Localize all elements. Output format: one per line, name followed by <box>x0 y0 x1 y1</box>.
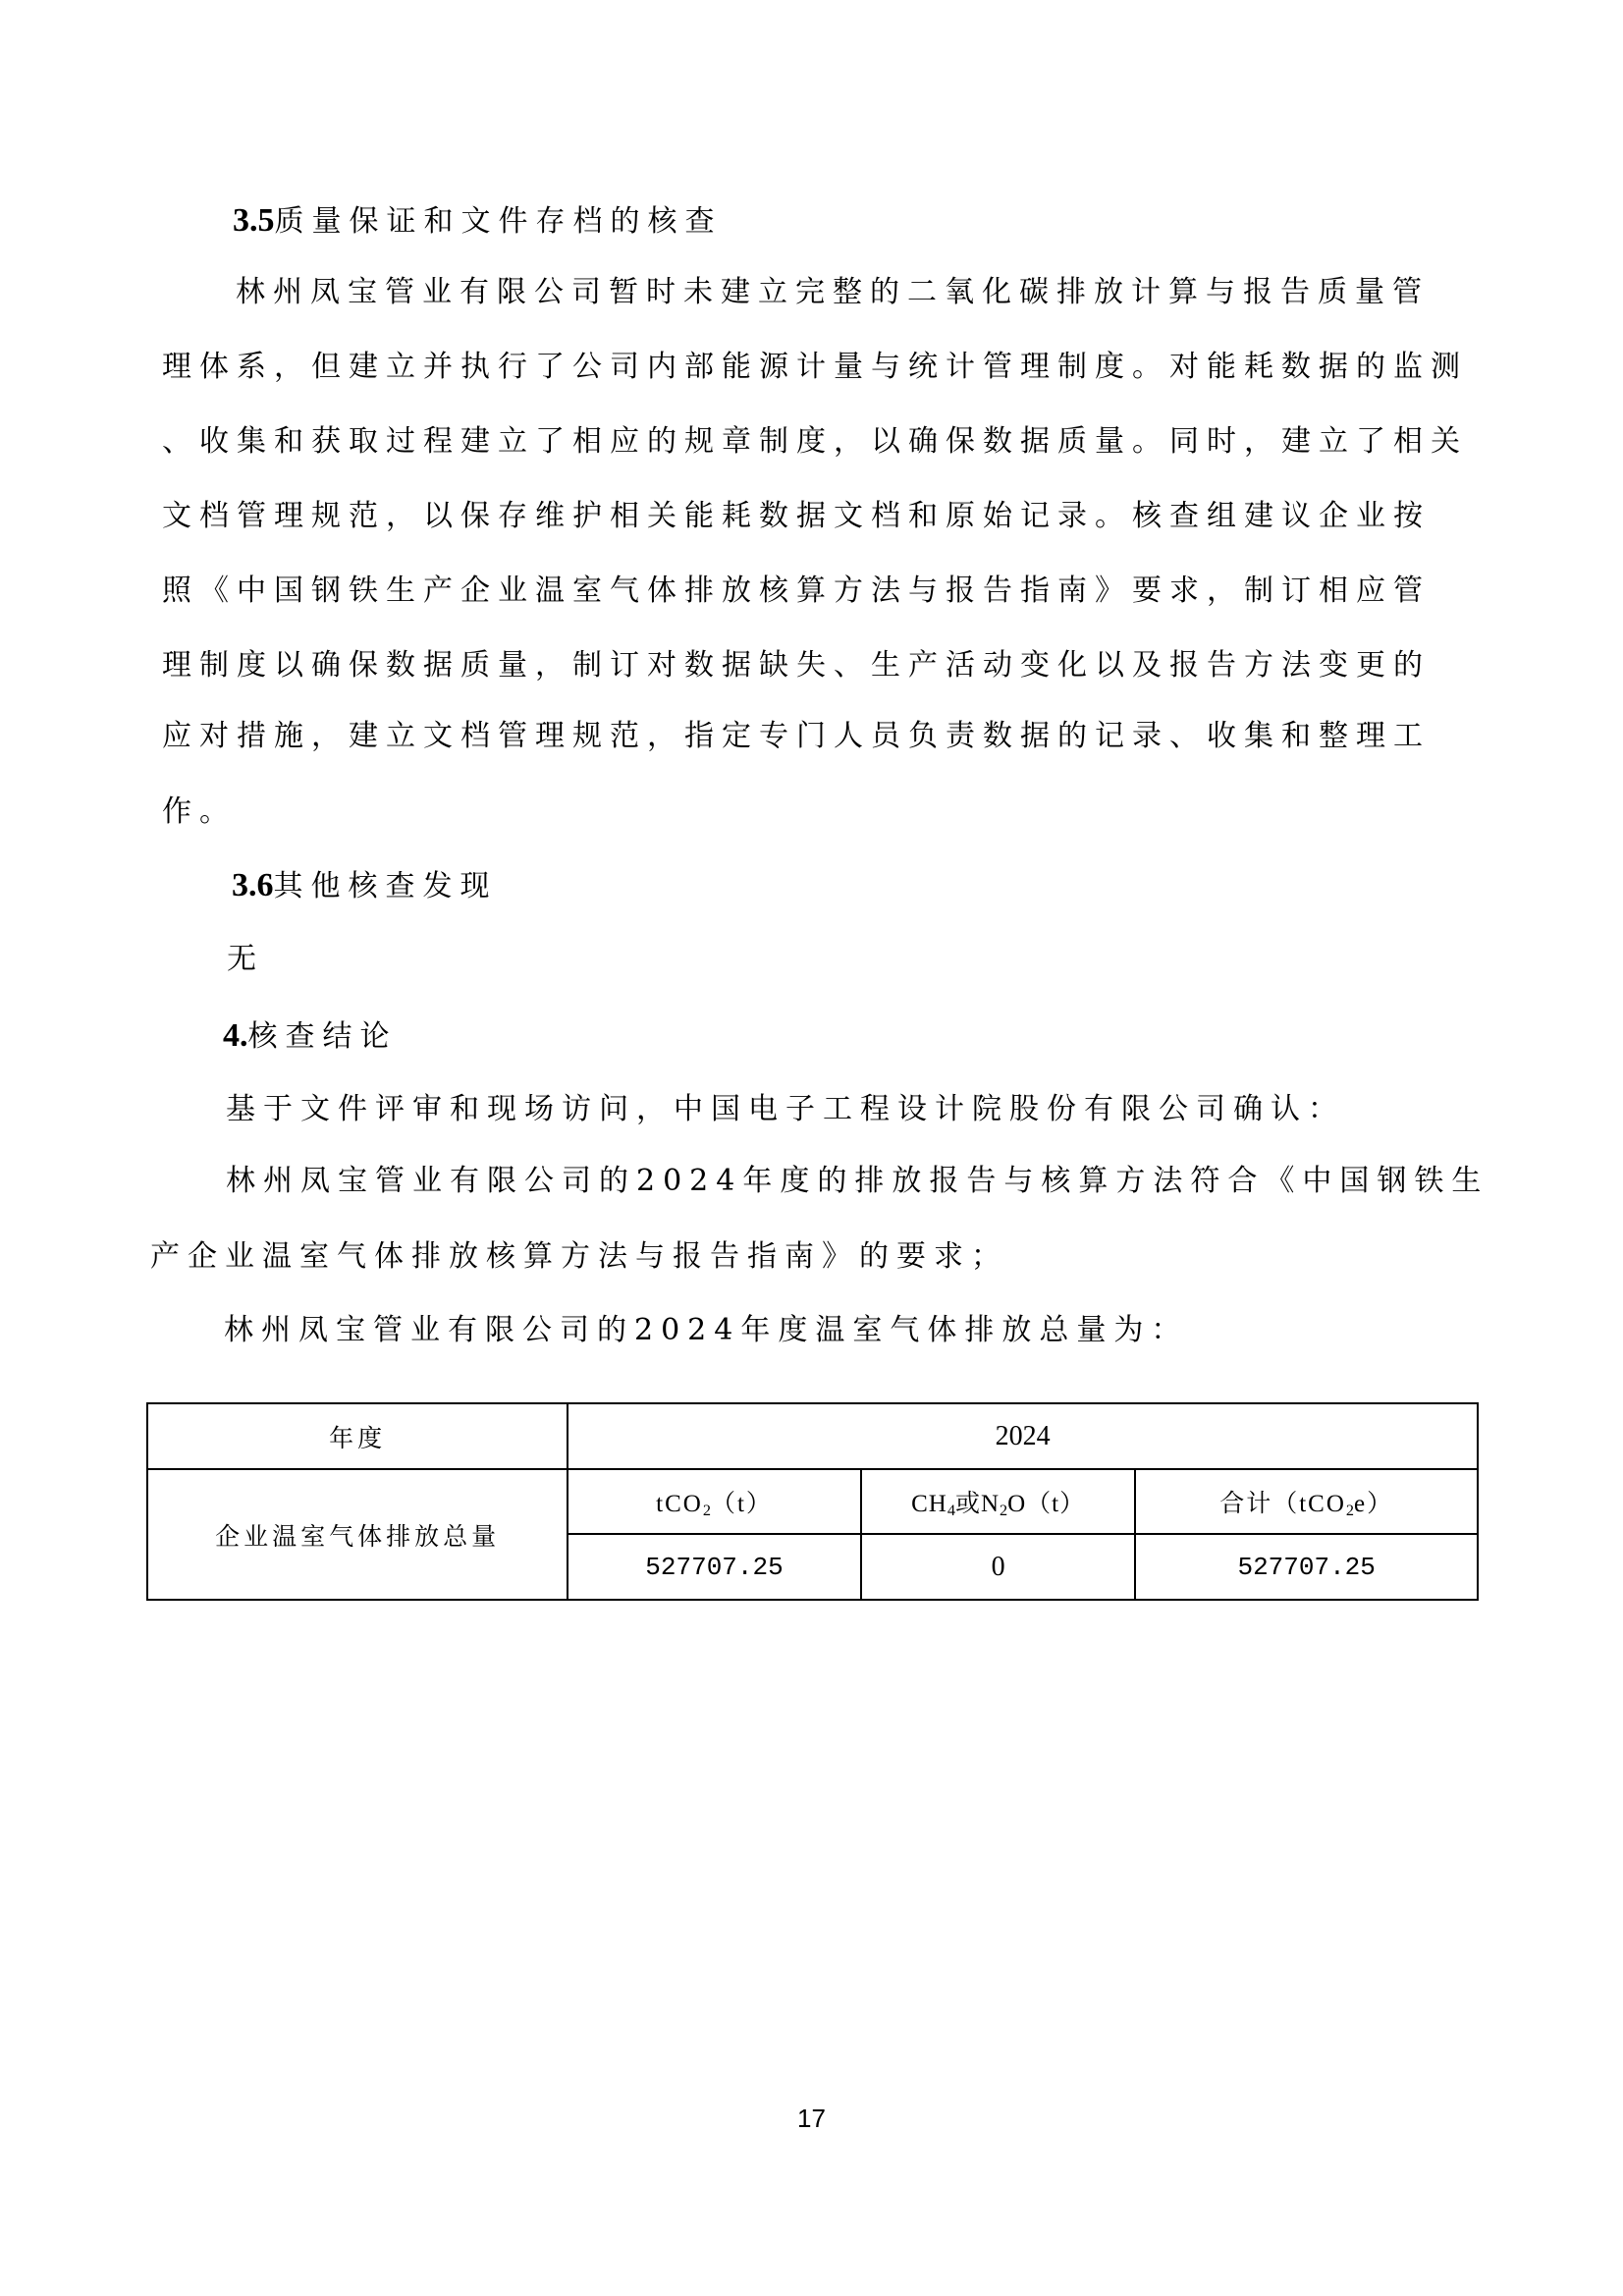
section-heading-3-6: 3.6其他核查发现 <box>232 866 498 906</box>
column-header-co2: tCO2（t） <box>568 1469 861 1534</box>
paragraph-line: 应对措施，建立文档管理规范，指定专门人员负责数据的记录、收集和整理工 <box>162 717 1431 756</box>
year-value-cell: 2024 <box>568 1403 1478 1469</box>
paragraph-line: 产企业温室气体排放核算方法与报告指南》的要求； <box>150 1237 1008 1277</box>
paragraph-line: 理体系，但建立并执行了公司内部能源计量与统计管理制度。对能耗数据的监测 <box>162 348 1468 387</box>
paragraph-line: 照《中国钢铁生产企业温室气体排放核算方法与报告指南》要求，制订相应管 <box>162 572 1431 611</box>
emissions-summary-table: 年度 2024 企业温室气体排放总量 tCO2（t） CH4或N2O（t） 合计… <box>146 1402 1479 1601</box>
page-number: 17 <box>797 2104 826 2133</box>
section-title: 核查结论 <box>248 1019 398 1054</box>
paragraph-line: 、收集和获取过程建立了相应的规章制度，以确保数据质量。同时，建立了相关 <box>162 422 1468 462</box>
section-title: 质量保证和文件存档的核查 <box>275 204 723 239</box>
value-co2: 527707.25 <box>568 1534 861 1600</box>
column-header-total: 合计（tCO2e） <box>1135 1469 1478 1534</box>
column-header-ch4-n2o: CH4或N2O（t） <box>861 1469 1136 1534</box>
row-label-cell: 企业温室气体排放总量 <box>147 1469 568 1600</box>
table-row: 企业温室气体排放总量 tCO2（t） CH4或N2O（t） 合计（tCO2e） <box>147 1469 1478 1534</box>
section-heading-3-5: 3.5质量保证和文件存档的核查 <box>233 201 723 242</box>
section-number: 3.6 <box>232 867 274 903</box>
section-number: 4. <box>223 1017 248 1054</box>
paragraph-line: 作。 <box>162 793 237 832</box>
paragraph-line: 林州凤宝管业有限公司的2024年度的排放报告与核算方法符合《中国钢铁生 <box>226 1162 1488 1201</box>
section-number: 3.5 <box>233 202 275 239</box>
paragraph-line: 林州凤宝管业有限公司的2024年度温室气体排放总量为： <box>224 1311 1188 1350</box>
paragraph-line: 文档管理规范，以保存维护相关能耗数据文档和原始记录。核查组建议企业按 <box>162 497 1431 536</box>
table-row: 年度 2024 <box>147 1403 1478 1469</box>
paragraph-line: 理制度以确保数据质量，制订对数据缺失、生产活动变化以及报告方法变更的 <box>162 646 1431 685</box>
year-label-cell: 年度 <box>147 1403 568 1469</box>
value-ch4-n2o: 0 <box>861 1534 1136 1600</box>
value-total: 527707.25 <box>1135 1534 1478 1600</box>
section-title: 其他核查发现 <box>274 869 498 903</box>
paragraph-line: 基于文件评审和现场访问，中国电子工程设计院股份有限公司确认： <box>226 1090 1345 1129</box>
paragraph-line: 无 <box>227 940 264 979</box>
section-heading-4: 4.核查结论 <box>223 1016 398 1057</box>
paragraph-line: 林州凤宝管业有限公司暂时未建立完整的二氧化碳排放计算与报告质量管 <box>236 273 1430 312</box>
